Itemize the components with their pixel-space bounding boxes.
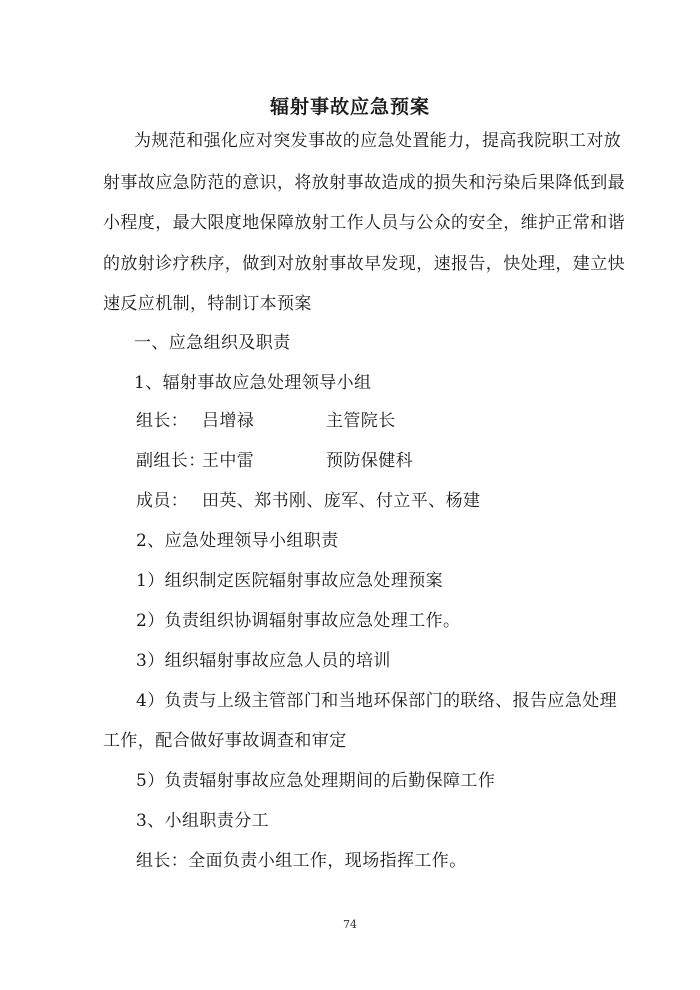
intro-line: 小程度，最大限度地保障放射工作人员与公众的安全，维护正常和谐	[103, 212, 625, 234]
intro-line: 为规范和强化应对突发事故的应急处置能力，提高我院职工对放	[134, 130, 621, 152]
page-number: 74	[0, 918, 700, 931]
document-title: 辐射事故应急预案	[0, 92, 700, 119]
duty-item: 3）组织辐射事故应急人员的培训	[136, 650, 391, 672]
members-names: 田英、郑书刚、庞军、付立平、杨建	[202, 490, 480, 512]
leader-label: 组长：	[136, 410, 188, 432]
intro-line: 射事故应急防范的意识，将放射事故造成的损失和污染后果降低到最	[103, 172, 625, 194]
members-label: 成员：	[136, 490, 188, 512]
intro-line: 的放射诊疗秩序，做到对放射事故早发现，速报告，快处理，建立快	[103, 253, 625, 275]
division-leader-line: 组长：全面负责小组工作，现场指挥工作。	[136, 850, 467, 872]
duty-item-continuation: 工作，配合做好事故调查和审定	[103, 730, 347, 752]
deputy-label: 副组长：	[136, 450, 206, 472]
section-heading: 一、应急组织及职责	[134, 332, 291, 354]
duty-item: 2）负责组织协调辐射事故应急处理工作。	[136, 610, 460, 632]
deputy-name: 王中雷	[202, 450, 254, 472]
subsection-heading: 1、辐射事故应急处理领导小组	[134, 372, 371, 394]
intro-line: 速反应机制，特制订本预案	[103, 293, 312, 315]
leader-name: 吕增禄	[202, 410, 254, 432]
duty-item: 1）组织制定医院辐射事故应急处理预案	[136, 570, 443, 592]
leader-role: 主管院长	[326, 410, 396, 432]
duty-item: 5）负责辐射事故应急处理期间的后勤保障工作	[136, 770, 495, 792]
duty-item: 4）负责与上级主管部门和当地环保部门的联络、报告应急处理	[136, 690, 617, 712]
subsection-heading: 3、小组职责分工	[136, 810, 269, 832]
deputy-role: 预防保健科	[326, 450, 413, 472]
subsection-heading: 2、应急处理领导小组职责	[136, 530, 339, 552]
